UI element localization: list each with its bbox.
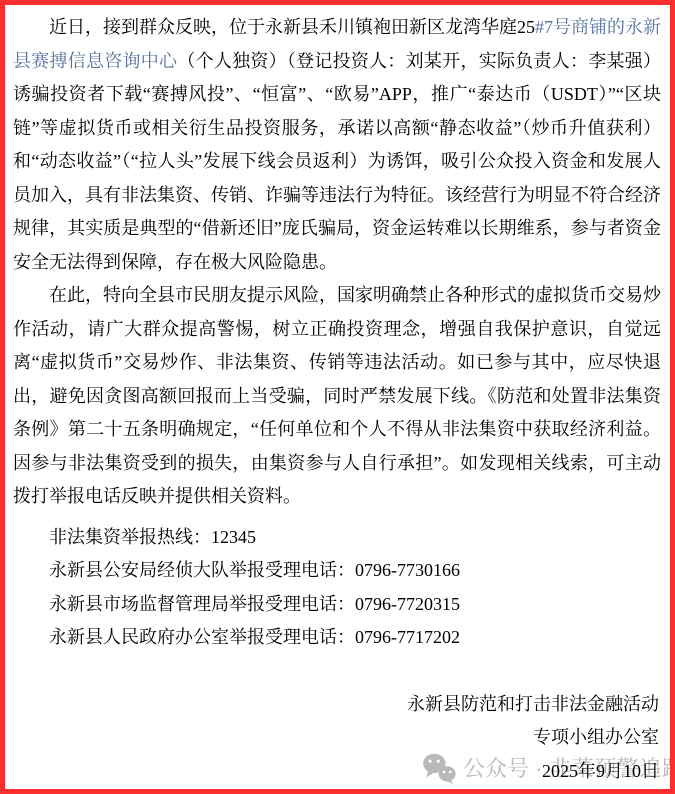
notice-date: 2025年9月10日 [13,755,659,789]
signature-block: 永新县防范和打击非法金融活动 专项小组办公室 2025年9月10日 [13,688,661,789]
notice-document: 公众号 · 韭菜预警追踪 近日，接到群众反映，位于永新县禾川镇袍田新区龙湾华庭2… [0,0,675,794]
hotline-market-regulator: 永新县市场监督管理局举报受理电话：0796-7720315 [13,588,661,622]
hotline-main: 非法集资举报热线：12345 [13,521,661,555]
notice-body: 近日，接到群众反映，位于永新县禾川镇袍田新区龙湾华庭25#7号商铺的永新县赛搏信… [5,5,670,789]
paragraph-2: 在此，特向全县市民朋友提示风险，国家明确禁止各种形式的虚拟货币交易炒作活动，请广… [13,279,661,514]
paragraph-1-text-end: （个人独资）（登记投资人：刘某开，实际负责人：李某强）诱骗投资者下载“赛搏风投”… [13,51,661,272]
hotline-government-office: 永新县人民政府办公室举报受理电话：0796-7717202 [13,621,661,655]
paragraph-1: 近日，接到群众反映，位于永新县禾川镇袍田新区龙湾华庭25#7号商铺的永新县赛搏信… [13,11,661,279]
hotline-list: 非法集资举报热线：12345 永新县公安局经侦大队举报受理电话：0796-773… [13,521,661,655]
signature-org-line2: 专项小组办公室 [13,721,659,755]
hotline-police: 永新县公安局经侦大队举报受理电话：0796-7730166 [13,554,661,588]
paragraph-1-text-start: 近日，接到群众反映，位于永新县禾川镇袍田新区龙湾华庭25 [49,17,535,37]
signature-org-line1: 永新县防范和打击非法金融活动 [13,688,659,722]
